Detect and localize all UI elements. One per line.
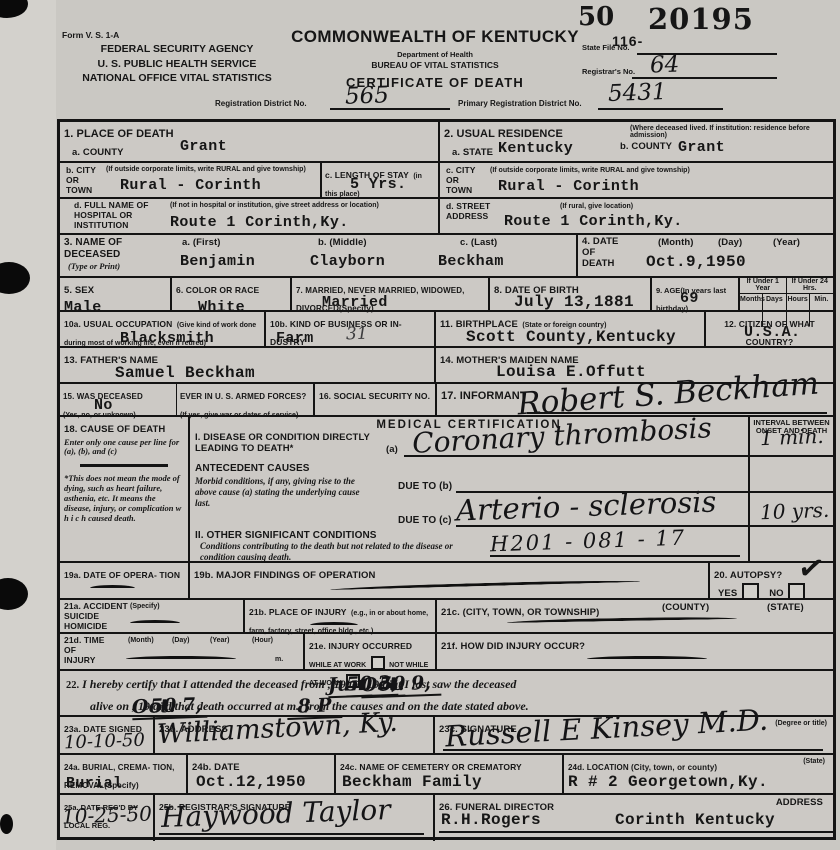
color-race-label: 6. COLOR OR RACE [176, 285, 259, 295]
primary-district-line [598, 108, 723, 110]
major-findings-label: 19b. MAJOR FINDINGS OF OPERATION [194, 570, 375, 581]
middle-name-value: Clayborn [310, 253, 385, 270]
physician-signature-line [443, 749, 823, 751]
other-conditions-note: Conditions contributing to the death but… [200, 541, 490, 563]
stamp-serial-prefix: 50 [578, 2, 614, 32]
street-address-label: d. STREET ADDRESS [446, 202, 490, 222]
under-1-year-header: If Under 1 Year [740, 278, 787, 293]
burial-type-value: Burial [66, 775, 122, 792]
cemetery-value: Beckham Family [342, 773, 482, 791]
row-armedforces-informant: 15. WAS DECEASED (Yes, no, or unknown) N… [60, 384, 833, 417]
reg-district-value: 565 [345, 82, 390, 110]
armed-forces-label-2: EVER IN U. S. ARMED FORCES? [180, 392, 306, 401]
injury-city-label: 21c. (CITY, TOWN, OR TOWNSHIP) [441, 607, 599, 618]
date-of-death-value: Oct.9,1950 [646, 253, 746, 271]
while-at-work-checkbox [371, 656, 385, 670]
date-of-death-month-col: (Month) [658, 238, 694, 249]
row-operation-autopsy: 19a. DATE OF OPERA- TION 19b. MAJOR FIND… [60, 563, 833, 600]
date-of-operation-label: 19a. DATE OF OPERA- TION [64, 570, 180, 580]
armed-forces-value: No [94, 397, 113, 414]
informant-label: 17. INFORMANT [441, 390, 527, 402]
row-burial: 24a. BURIAL, CREMA- TION, REMOVAL(Specif… [60, 755, 833, 795]
accident-suicide-label: 21a. ACCIDENT SUICIDE HOMICIDE [64, 602, 128, 631]
city-town-note: (If outside corporate limits, write RURA… [106, 166, 306, 173]
registrar-signature-value: Haywood Taylor [160, 793, 391, 834]
autopsy-yes-checkbox [742, 583, 759, 600]
autopsy-label: 20. AUTOPSY? [714, 570, 782, 581]
last-alive-year: 50 [150, 696, 177, 720]
autopsy-yes-label: YES [718, 588, 737, 599]
citizen-value: U.S.A. [744, 324, 800, 341]
date-of-death-day-col: (Day) [718, 238, 742, 249]
first-name-label: a. (First) [182, 238, 220, 249]
cause-note-divider [80, 464, 168, 467]
institution-value: Route 1 Corinth,Ky. [170, 214, 349, 231]
interval-rule-c [750, 525, 833, 527]
burial-location-state-note: (State) [803, 758, 825, 765]
cemetery-label: 24c. NAME OF CEMETERY OR CREMATORY [340, 762, 522, 772]
disease-leading-label: I. DISEASE OR CONDITION DIRECTLY LEADING… [195, 433, 380, 455]
usual-residence-note: (Where deceased lived. If institution: r… [630, 125, 820, 140]
toi-month-col: (Month) [128, 637, 154, 644]
autopsy-no-checkmark: ✓ [795, 547, 828, 589]
registrar-signature-line [159, 833, 424, 835]
agency-line-3: NATIONAL OFFICE VITAL STATISTICS [62, 73, 292, 85]
city-town-label: b. CITY OR TOWN [66, 166, 96, 195]
cause-of-death-note-2: *This does not mean the mode of dying, s… [64, 473, 184, 523]
cause-of-death-note-1: Enter only one cause per line for (a), (… [64, 438, 184, 457]
street-address-note: (If rural, give location) [560, 203, 633, 210]
injury-county-label: (COUNTY) [662, 603, 709, 614]
toi-hour-col: (Hour) [252, 637, 273, 644]
city-town-value: Rural - Corinth [120, 177, 261, 194]
row-time-of-injury: 21d. TIME OF INJURY (Month) (Day) (Year)… [60, 634, 833, 671]
other-conditions-title: II. OTHER SIGNIFICANT CONDITIONS [195, 530, 377, 542]
interval-c-value: 10 yrs. [760, 498, 830, 524]
antecedent-causes-title: ANTECEDENT CAUSES [195, 463, 310, 475]
funeral-director-address-value: Corinth Kentucky [615, 811, 775, 829]
place-of-death-title: 1. PLACE OF DEATH [64, 128, 174, 140]
row-signed: 23a. DATE SIGNED 10-10-50 23b. ADDRESS W… [60, 717, 833, 755]
injury-state-label: (STATE) [767, 603, 804, 614]
row-registrar-funeral: 25a. DATE REC'D BY LOCAL REG. 10-25-50 2… [60, 795, 833, 841]
interval-rule-b [750, 491, 833, 493]
birthplace-value: Scott County,Kentucky [466, 328, 676, 346]
father-name-value: Samuel Beckham [115, 364, 255, 382]
funeral-director-line [439, 831, 834, 833]
under-24-hrs-header: If Under 24 Hrs. [787, 278, 834, 293]
how-injury-occurred-label: 21f. HOW DID INJURY OCCUR? [441, 641, 585, 652]
time-of-injury-label: 21d. TIME OF INJURY [64, 636, 105, 665]
accident-specify-note: (Specify) [130, 603, 160, 610]
death-certificate-scan: Form V. S. 1-A FEDERAL SECURITY AGENCY U… [0, 0, 840, 850]
date-of-death-label: 4. DATE OF DEATH [582, 237, 618, 270]
interval-rule-a [750, 455, 833, 457]
attended-to-year: 50 [379, 674, 406, 698]
antecedent-note: Morbid conditions, if any, giving rise t… [195, 476, 375, 508]
blank-stroke [126, 656, 236, 659]
left-margin [0, 0, 56, 850]
business-industry-pencil-code: 31 [346, 324, 368, 345]
residence-city-value: Rural - Corinth [498, 178, 639, 195]
blank-stroke [90, 585, 135, 588]
residence-county-label: b. COUNTY [620, 142, 672, 153]
autopsy-no-label: NO [769, 588, 783, 599]
blank-stroke [130, 620, 180, 623]
reg-district-label: Registration District No. [215, 100, 307, 108]
institution-note: (If not in hospital or institution, give… [170, 202, 410, 209]
first-name-value: Benjamin [180, 253, 255, 270]
state-file-value: 116- [612, 33, 643, 49]
degree-title-note: (Degree or title) [775, 720, 827, 727]
row-medical-certification: 18. CAUSE OF DEATH Enter only one cause … [60, 417, 833, 563]
reg-district-line [330, 108, 450, 110]
primary-district-value: 5431 [608, 79, 667, 107]
residence-city-label: c. CITY OR TOWN [446, 166, 476, 195]
row-name-dateofdeath: 3. NAME OF DECEASED (Type or Print) a. (… [60, 235, 833, 278]
residence-city-note: (If outside corporate limits, write RURA… [490, 167, 770, 174]
ssn-label: 16. SOCIAL SECURITY NO. [319, 391, 430, 401]
residence-county-value: Grant [678, 139, 725, 156]
blank-stroke [310, 622, 358, 625]
row-accident: 21a. ACCIDENT SUICIDE HOMICIDE (Specify)… [60, 600, 833, 634]
name-of-deceased-title: 3. NAME OF DECEASED [64, 237, 122, 260]
punch-hole-bottom [0, 814, 13, 834]
date-recd-value: 10-25-50 [62, 801, 153, 828]
toi-m-suffix: m. [275, 656, 283, 663]
county-value: Grant [180, 138, 227, 155]
business-industry-value: Farm [276, 330, 314, 347]
middle-name-label: b. (Middle) [318, 238, 367, 249]
county-label: a. COUNTY [72, 147, 124, 158]
form-number: Form V. S. 1-A [62, 30, 119, 40]
sex-label: 5. SEX [64, 285, 94, 296]
marital-status-value: Married [322, 294, 388, 311]
due-to-b-label: DUE TO (b) [398, 481, 452, 493]
stamp-serial: 20195 [648, 2, 754, 36]
occupation-value: Blacksmith [120, 330, 214, 347]
street-address-value: Route 1 Corinth,Ky. [504, 213, 683, 230]
funeral-director-address-label: ADDRESS [776, 798, 823, 809]
other-conditions-rule [490, 555, 740, 557]
statement-text-1: I hereby certify that I attended the dec… [82, 677, 325, 691]
funeral-director-value: R.H.Rogers [441, 811, 541, 829]
date-signed-value: 10-10-50 [64, 730, 146, 754]
bureau-line: BUREAU OF VITAL STATISTICS [290, 61, 580, 70]
statement-text-6: alive on [90, 699, 129, 713]
length-of-stay-value: 5 Yrs. [350, 176, 406, 193]
primary-district-label: Primary Registration District No. [458, 100, 582, 108]
place-of-injury-label: 21b. PLACE OF INJURY [249, 607, 347, 617]
last-name-label: c. (Last) [460, 238, 497, 249]
institution-label: d. FULL NAME OF HOSPITAL OR INSTITUTION [74, 201, 149, 230]
certificate-title: CERTIFICATE OF DEATH [290, 75, 580, 90]
blank-stroke [587, 656, 707, 659]
agency-line-1: FEDERAL SECURITY AGENCY [62, 44, 292, 56]
disease-leading-tag: (a) [386, 445, 398, 456]
date-of-death-year-col: (Year) [773, 238, 800, 249]
other-conditions-value: H201 - 081 - 17 [490, 526, 687, 557]
toi-day-col: (Day) [172, 637, 190, 644]
registrars-no-label: Registrar's No. [582, 68, 635, 76]
injury-occurred-label: 21e. INJURY OCCURRED [309, 641, 412, 651]
row-occupation-birthplace: 10a. USUAL OCCUPATION (Give kind of work… [60, 312, 833, 348]
interval-a-value: 1 min. [760, 424, 824, 450]
commonwealth-title: COMMONWEALTH OF KENTUCKY [290, 27, 580, 47]
burial-location-value: R # 2 Georgetown,Ky. [568, 773, 768, 791]
while-at-work-label: WHILE AT WORK [309, 662, 366, 669]
usual-residence-title: 2. USUAL RESIDENCE [444, 128, 563, 140]
occupation-label: 10a. USUAL OCCUPATION [64, 319, 172, 329]
burial-location-label: 24d. LOCATION (City, town, or county) [568, 763, 717, 772]
type-or-print-note: (Type or Print) [68, 261, 120, 271]
age-value: 69 [680, 290, 699, 307]
statement-number: 22. [66, 680, 79, 691]
toi-year-col: (Year) [210, 637, 229, 644]
residence-state-value: Kentucky [498, 140, 573, 157]
blank-stroke [330, 579, 640, 590]
residence-state-label: a. STATE [452, 147, 493, 158]
certificate-form: 1. PLACE OF DEATH a. COUNTY Grant b. CIT… [57, 119, 836, 840]
due-to-c-label: DUE TO (c) [398, 515, 452, 527]
dept-of-health: Department of Health [290, 51, 580, 59]
burial-date-value: Oct.12,1950 [196, 773, 306, 791]
cause-of-death-label: 18. CAUSE OF DEATH [64, 424, 165, 435]
burial-date-label: 24b. DATE [192, 762, 240, 773]
row-sex-race-age: 5. SEX Male 6. COLOR OR RACE White 7. MA… [60, 278, 833, 312]
last-name-value: Beckham [438, 253, 504, 270]
date-of-birth-value: July 13,1881 [514, 293, 634, 311]
row-place-residence: 1. PLACE OF DEATH a. COUNTY Grant b. CIT… [60, 122, 833, 235]
registrars-no-value: 64 [650, 51, 680, 78]
agency-line-2: U. S. PUBLIC HEALTH SERVICE [62, 59, 292, 71]
